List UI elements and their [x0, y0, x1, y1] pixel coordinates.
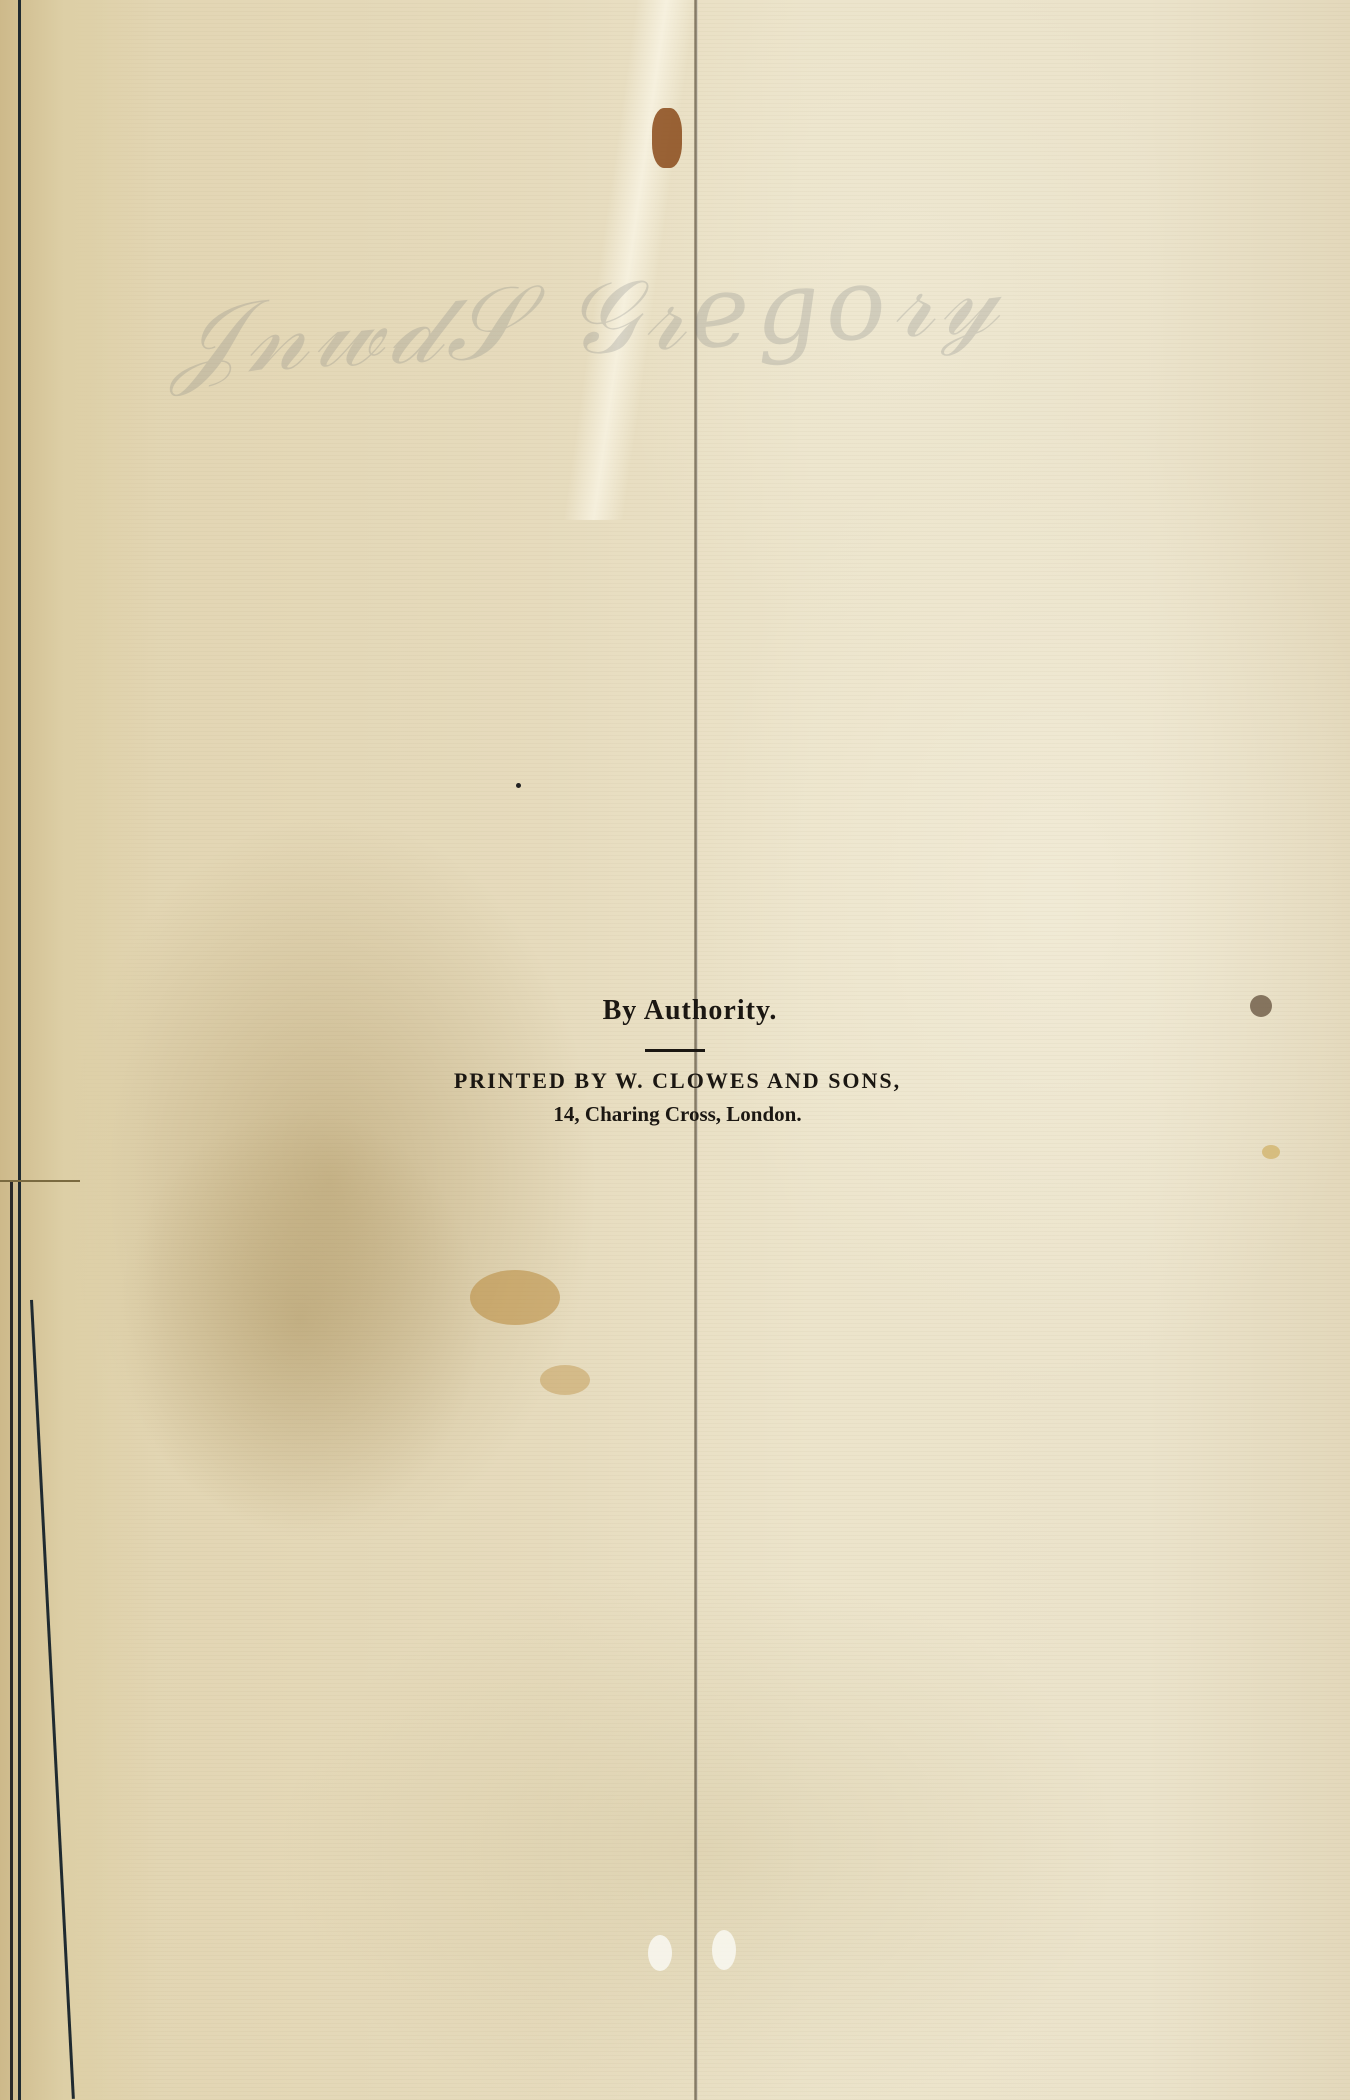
binding-tab-edge: [0, 1150, 80, 1182]
hole-spot: [712, 1930, 736, 1970]
printer-address: 14, Charing Cross, London.: [5, 1102, 1350, 1127]
rust-spot: [652, 108, 682, 168]
printer-name: PRINTED BY W. CLOWES AND SONS,: [5, 1068, 1350, 1094]
dirt-spot: [516, 783, 521, 788]
divider-rule: [645, 1049, 705, 1052]
stain-spot: [470, 1270, 560, 1325]
binding-edge-line-inner: [10, 1180, 13, 2100]
scanned-page: (faint pencil signature, illegible) 𝒥𝓃𝓌𝒹…: [0, 0, 1350, 2100]
hole-spot: [648, 1935, 672, 1971]
by-authority-heading: By Authority.: [30, 995, 1350, 1027]
stain-spot: [1262, 1145, 1280, 1159]
stain-spot: [540, 1365, 590, 1395]
printer-imprint: By Authority. PRINTED BY W. CLOWES AND S…: [0, 995, 1350, 1127]
